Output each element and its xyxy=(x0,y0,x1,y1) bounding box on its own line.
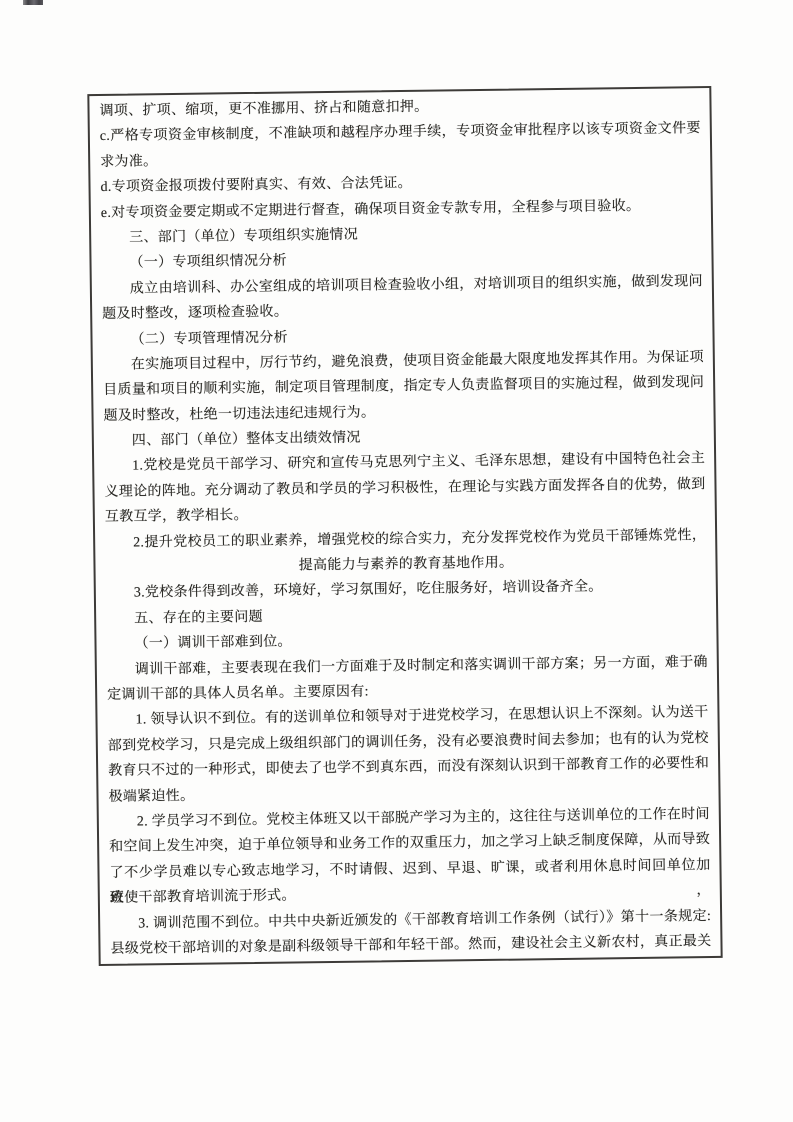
document-table-border: 调项、扩项、缩项，更不准挪用、挤占和随意扣押。c.严格专项资金审核制度，不准缺项… xyxy=(87,86,722,966)
document-body: 调项、扩项、缩项，更不准挪用、挤占和随意扣押。c.严格专项资金审核制度，不准缺项… xyxy=(99,91,711,962)
scanned-page: 调项、扩项、缩项，更不准挪用、挤占和随意扣押。c.严格专项资金审核制度，不准缺项… xyxy=(0,0,793,1122)
scanner-artifact-mark xyxy=(23,0,43,5)
